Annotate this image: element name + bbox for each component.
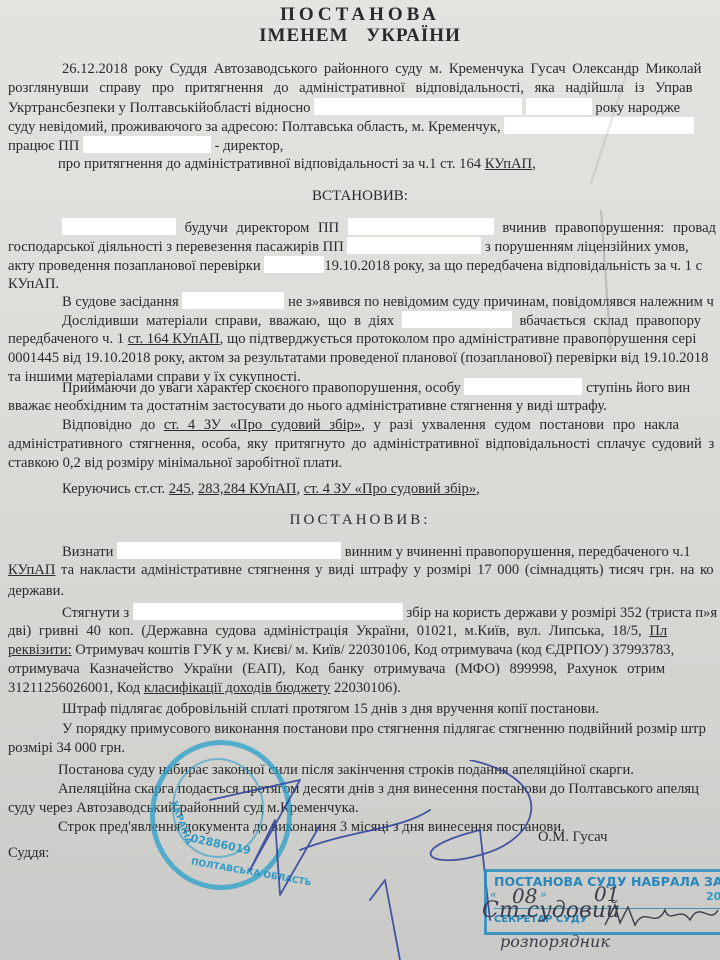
section-heading-resolved: ПОСТАНОВИВ:: [0, 512, 720, 529]
resolved-enforcement-line-2: розмірі 34 000 грн.: [8, 739, 125, 757]
link-payment-details[interactable]: Пл: [649, 623, 667, 639]
section-heading-established: ВСТАНОВИВ:: [0, 188, 720, 205]
link-court-fee-law[interactable]: ст. 4 ЗУ «Про судовий збір»: [164, 417, 361, 433]
guided-by-line: Керуючись ст.ст. 245, 283,284 КУпАП, ст.…: [62, 480, 480, 498]
handwritten-position-2: розпорядник: [500, 932, 610, 951]
resolved-fee-line-2: дві) гривні 40 коп. (Державна судова адм…: [8, 622, 667, 640]
established-p3-line-3: 0001445 від 19.10.2018 року, актом за ре…: [8, 349, 708, 367]
resolved-enforcement: У порядку примусового виконання постанов…: [62, 720, 706, 738]
established-p3: Дослідивши матеріали справи, вважаю, що …: [62, 311, 701, 330]
court-resolution-page: ПОСТАНОВА ІМЕНЕМ УКРАЇНИ 26.12.2018 року…: [0, 0, 720, 960]
resolved-line-3: держави.: [8, 582, 64, 600]
established-p2: В судове засідання не з»явився по невідо…: [62, 292, 714, 311]
resolved-fee-line-4: отримувача Казначейство України (ЕАП), К…: [8, 660, 665, 678]
redacted-person: [402, 311, 512, 328]
established-p5: Відповідно до ст. 4 ЗУ «Про судовий збір…: [62, 416, 679, 434]
redacted-company: [347, 237, 481, 254]
link-payment-requisites[interactable]: реквізити:: [8, 642, 72, 658]
established-line-2: господарської діяльності з перевезення п…: [8, 237, 689, 256]
established-p4-line-2: вважає необхідним та достатнім застосува…: [8, 397, 607, 415]
redacted-person: [62, 218, 176, 235]
redacted-ref: [264, 256, 324, 273]
redacted-address: [504, 117, 694, 134]
resolved-line-2: КУпАП та накласти адміністративне стягне…: [8, 561, 714, 579]
resolved-line-1: Визнати винним у вчиненні правопорушення…: [62, 542, 691, 561]
redacted-person: [182, 292, 284, 309]
secretary-signature-icon: [600, 895, 720, 935]
link-budget-classification[interactable]: класифікації доходів бюджету: [144, 680, 330, 696]
resolved-fee-line-5: 31211256026001, Код класифікації доходів…: [8, 679, 401, 697]
intro-line-1: 26.12.2018 року Суддя Автозаводського ра…: [62, 60, 701, 78]
redacted-person: [117, 542, 341, 559]
redacted-person: [133, 603, 403, 620]
link-kupap[interactable]: КУпАП: [485, 156, 532, 172]
established-line-3: акту проведення позапланової перевірки 1…: [8, 256, 702, 275]
resolved-fee-line: Стягнути з збір на користь держави у роз…: [62, 603, 717, 622]
intro-line-6: про притягнення до адміністративної відп…: [58, 155, 536, 173]
link-article-245[interactable]: 245: [169, 481, 191, 497]
document-title: ПОСТАНОВА: [0, 4, 720, 26]
resolved-voluntary-payment: Штраф підлягає добровільній сплаті протя…: [62, 700, 599, 718]
document-subtitle: ІМЕНЕМ УКРАЇНИ: [0, 25, 720, 47]
established-line-4: КУпАП.: [8, 275, 59, 293]
judge-label: Суддя:: [8, 844, 49, 862]
established-p4: Приймаючи до уваги характер скоєного пра…: [62, 378, 690, 397]
link-articles-283-284[interactable]: 283,284 КУпАП: [198, 481, 296, 497]
redacted-birth-date: [526, 98, 592, 115]
established-line-1: будучи директором ПП вчинив правопорушен…: [62, 218, 716, 237]
intro-line-2: розглянувши справу про притягнення до ад…: [8, 79, 693, 97]
redacted-company: [348, 218, 494, 235]
link-court-fee-law[interactable]: ст. 4 ЗУ «Про судовий збір»: [304, 481, 476, 497]
intro-line-5: працює ПП - директор,: [8, 136, 283, 155]
redacted-person: [464, 378, 582, 395]
link-kupap[interactable]: КУпАП: [8, 562, 55, 578]
established-p3-line-2: передбаченого ч. 1 ст. 164 КУпАП, що під…: [8, 330, 696, 348]
redacted-name: [314, 98, 522, 115]
link-article-164[interactable]: ст. 164 КУпАП: [128, 331, 220, 347]
redacted-company: [83, 136, 211, 153]
resolved-fee-line-3: реквізити: Отримувач коштів ГУК у м. Киє…: [8, 641, 674, 659]
intro-line-3: Укртрансбезпеки у Полтавськійобласті від…: [8, 98, 680, 117]
established-p5-line-3: ставкою 0,2 від розміру мінімальної заро…: [8, 454, 342, 472]
intro-line-4: суду невідомий, проживаючого за адресою:…: [8, 117, 694, 136]
established-p5-line-2: адміністративного стягнення, особа, яку …: [8, 435, 714, 453]
